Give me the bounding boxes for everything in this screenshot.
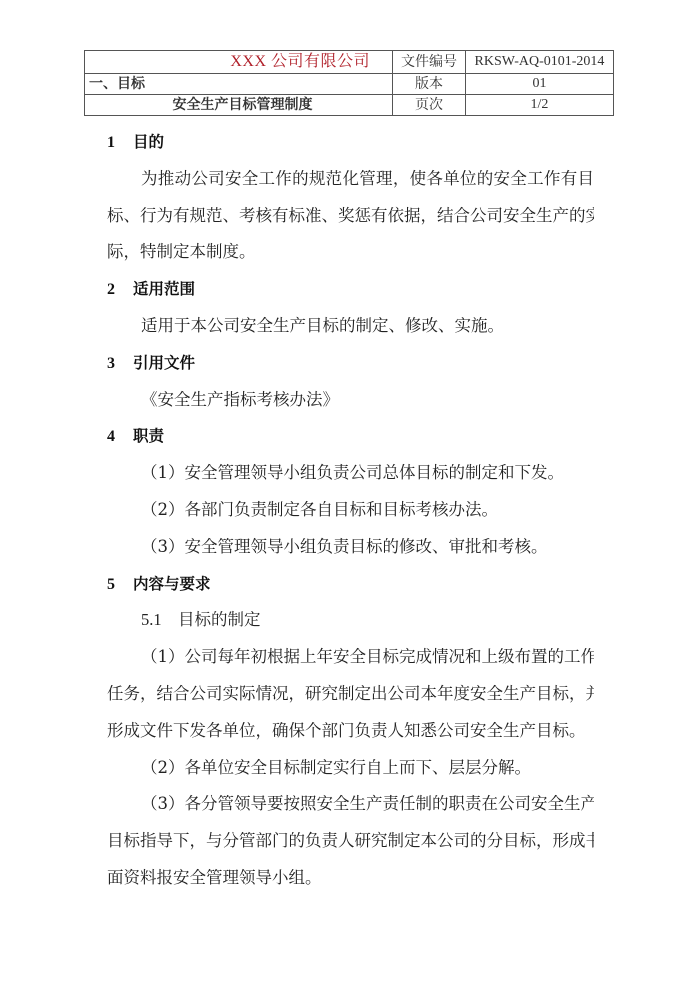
section-title: 职责 bbox=[133, 427, 164, 445]
page-label: 页次 bbox=[393, 95, 466, 116]
document-header-table: XXX 公司有限公司 文件编号 RKSW-AQ-0101-2014 一、目标 版… bbox=[84, 50, 614, 116]
paragraph-line: （2）各单位安全目标制定实行自上而下、层层分解。 bbox=[107, 750, 594, 787]
section-heading-responsibilities: 4职责 bbox=[107, 418, 594, 455]
responsibility-item: （1）安全管理领导小组负责公司总体目标的制定和下发。 bbox=[107, 455, 594, 492]
section-title: 内容与要求 bbox=[133, 575, 211, 593]
company-name: XXX 公司有限公司 bbox=[85, 51, 392, 73]
section-number: 3 bbox=[107, 346, 133, 382]
doc-title: 安全生产目标管理制度 bbox=[85, 95, 392, 115]
paragraph-line: 为推动公司安全工作的规范化管理，使各单位的安全工作有目 bbox=[107, 161, 594, 198]
section-title: 适用范围 bbox=[133, 280, 195, 298]
paragraph-line: （1）公司每年初根据上年安全目标完成情况和上级布置的工作 bbox=[107, 639, 594, 676]
section-heading-purpose: 1目的 bbox=[107, 124, 594, 161]
section-title: 引用文件 bbox=[133, 354, 195, 372]
section-number: 2 bbox=[107, 272, 133, 308]
paragraph-line: 标、行为有规范、考核有标准、奖惩有依据，结合公司安全生产的实 bbox=[107, 198, 594, 235]
section-label: 一、目标 bbox=[85, 76, 145, 92]
paragraph-line: 适用于本公司安全生产目标的制定、修改、实施。 bbox=[107, 308, 594, 345]
section-title: 目的 bbox=[133, 133, 164, 151]
paragraph-line: 目标指导下，与分管部门的负责人研究制定本公司的分目标，形成书 bbox=[107, 823, 594, 860]
page-value: 1/2 bbox=[466, 95, 614, 116]
subsection-heading: 5.1目标的制定 bbox=[107, 602, 594, 639]
paragraph-line: （3）各分管领导要按照安全生产责任制的职责在公司安全生产 bbox=[107, 786, 594, 823]
subsection-number: 5.1 bbox=[141, 602, 178, 639]
responsibility-item: （2）各部门负责制定各自目标和目标考核办法。 bbox=[107, 492, 594, 529]
paragraph-line: 形成文件下发各单位，确保个部门负责人知悉公司安全生产目标。 bbox=[107, 713, 594, 750]
paragraph-line: 面资料报安全管理领导小组。 bbox=[107, 860, 594, 897]
file-number-value: RKSW-AQ-0101-2014 bbox=[466, 51, 614, 74]
doc-title-cell: 安全生产目标管理制度 bbox=[85, 95, 393, 116]
section-number: 4 bbox=[107, 419, 133, 455]
section-number: 5 bbox=[107, 567, 133, 603]
file-number-label: 文件编号 bbox=[393, 51, 466, 74]
document-body: 1目的 为推动公司安全工作的规范化管理，使各单位的安全工作有目 标、行为有规范、… bbox=[107, 124, 594, 897]
section-heading-scope: 2适用范围 bbox=[107, 271, 594, 308]
version-value: 01 bbox=[466, 74, 614, 95]
responsibility-item: （3）安全管理领导小组负责目标的修改、审批和考核。 bbox=[107, 529, 594, 566]
reference-document: 《安全生产指标考核办法》 bbox=[107, 382, 594, 419]
section-label-cell: 一、目标 bbox=[85, 74, 393, 95]
company-name-cell: XXX 公司有限公司 bbox=[85, 51, 393, 74]
paragraph-line: 任务，结合公司实际情况，研究制定出公司本年度安全生产目标，并 bbox=[107, 676, 594, 713]
subsection-title: 目标的制定 bbox=[178, 610, 261, 629]
section-number: 1 bbox=[107, 125, 133, 161]
section-heading-content: 5内容与要求 bbox=[107, 566, 594, 603]
version-label: 版本 bbox=[393, 74, 466, 95]
section-heading-references: 3引用文件 bbox=[107, 345, 594, 382]
paragraph-line: 际，特制定本制度。 bbox=[107, 234, 594, 271]
